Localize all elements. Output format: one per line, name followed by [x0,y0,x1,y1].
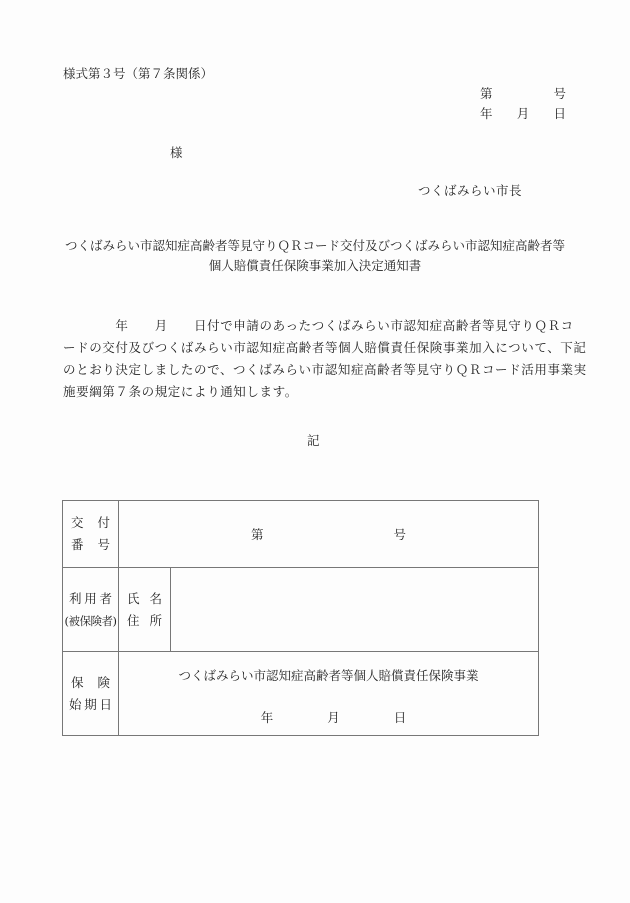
label-char: 険 [97,672,110,694]
month-label: 月 [327,708,340,726]
issue-number-label: 交付 番号 [63,501,119,568]
label-char: 住 [127,610,140,632]
number-prefix: 第 [251,525,264,543]
label-char: 交 [71,512,84,534]
insurance-start-field[interactable]: つくばみらい市認知症高齢者等個人賠償責任保険事業 年 月 日 [119,652,539,736]
name-address-labels: 氏名 住所 [119,568,171,652]
details-table: 交付 番号 第 号 利用者 (被保険者) 氏名 住所 保険 始期日 つくばみらい… [62,500,539,736]
addressee-honorific: 様 [170,143,183,161]
year-label: 年 [261,708,274,726]
number-suffix: 号 [394,525,407,543]
label-char: 用 [84,588,97,610]
body-line: 年 月 日付で申請のあったつくばみらい市認知症高齢者等見守りＱＲコ [63,315,573,337]
table-row-user: 利用者 (被保険者) 氏名 住所 [63,568,539,652]
name-address-field[interactable] [171,568,539,652]
label-char: 者 [99,588,112,610]
ki-heading: 記 [307,431,320,449]
insurance-start-label: 保険 始期日 [63,652,119,736]
document-title: つくばみらい市認知症高齢者等見守りＱＲコード交付及びつくばみらい市認知症高齢者等… [0,236,630,276]
year-label: 年 [480,104,493,122]
number-prefix: 第 [480,84,493,102]
label-char: 氏 [127,588,140,610]
document-number-line: 第 号 [480,84,566,102]
label-char: 利 [69,588,82,610]
body-line: のとおり決定しましたので、つくばみらい市認知症高齢者等見守りＱＲコード活用事業実 [63,359,573,381]
label-char: 番 [71,534,84,556]
insurance-start-date: 年 月 日 [119,708,538,726]
label-char: 期 [84,694,97,716]
issue-date-line: 年 月 日 [480,104,566,122]
insurance-program-name: つくばみらい市認知症高齢者等個人賠償責任保険事業 [119,666,538,684]
label-char: 保 [71,672,84,694]
month-label: 月 [517,104,530,122]
title-line-2: 個人賠償責任保険事業加入決定通知書 [0,256,630,276]
label-char: 名 [149,588,162,610]
label-char: 日 [99,694,112,716]
form-identifier: 様式第３号（第７条関係） [63,64,213,82]
insured-label: (被保険者) [63,610,118,632]
notice-body: 年 月 日付で申請のあったつくばみらい市認知症高齢者等見守りＱＲコ ードの交付及… [63,315,573,403]
table-row-issue-number: 交付 番号 第 号 [63,501,539,568]
label-char: 付 [97,512,110,534]
table-row-insurance-start: 保険 始期日 つくばみらい市認知症高齢者等個人賠償責任保険事業 年 月 日 [63,652,539,736]
label-char: 所 [149,610,162,632]
title-line-1: つくばみらい市認知症高齢者等見守りＱＲコード交付及びつくばみらい市認知症高齢者等 [0,236,630,256]
day-label: 日 [553,104,566,122]
body-line: ードの交付及びつくばみらい市認知症高齢者等個人賠償責任保険事業加入について、下記 [63,337,573,359]
user-label: 利用者 (被保険者) [63,568,119,652]
sender-name: つくばみらい市長 [418,181,522,199]
body-line: 施要綱第７条の規定により通知します。 [63,381,573,403]
day-label: 日 [394,708,407,726]
label-char: 号 [97,534,110,556]
number-suffix: 号 [553,84,566,102]
issue-number-field[interactable]: 第 号 [119,501,539,568]
label-char: 始 [69,694,82,716]
